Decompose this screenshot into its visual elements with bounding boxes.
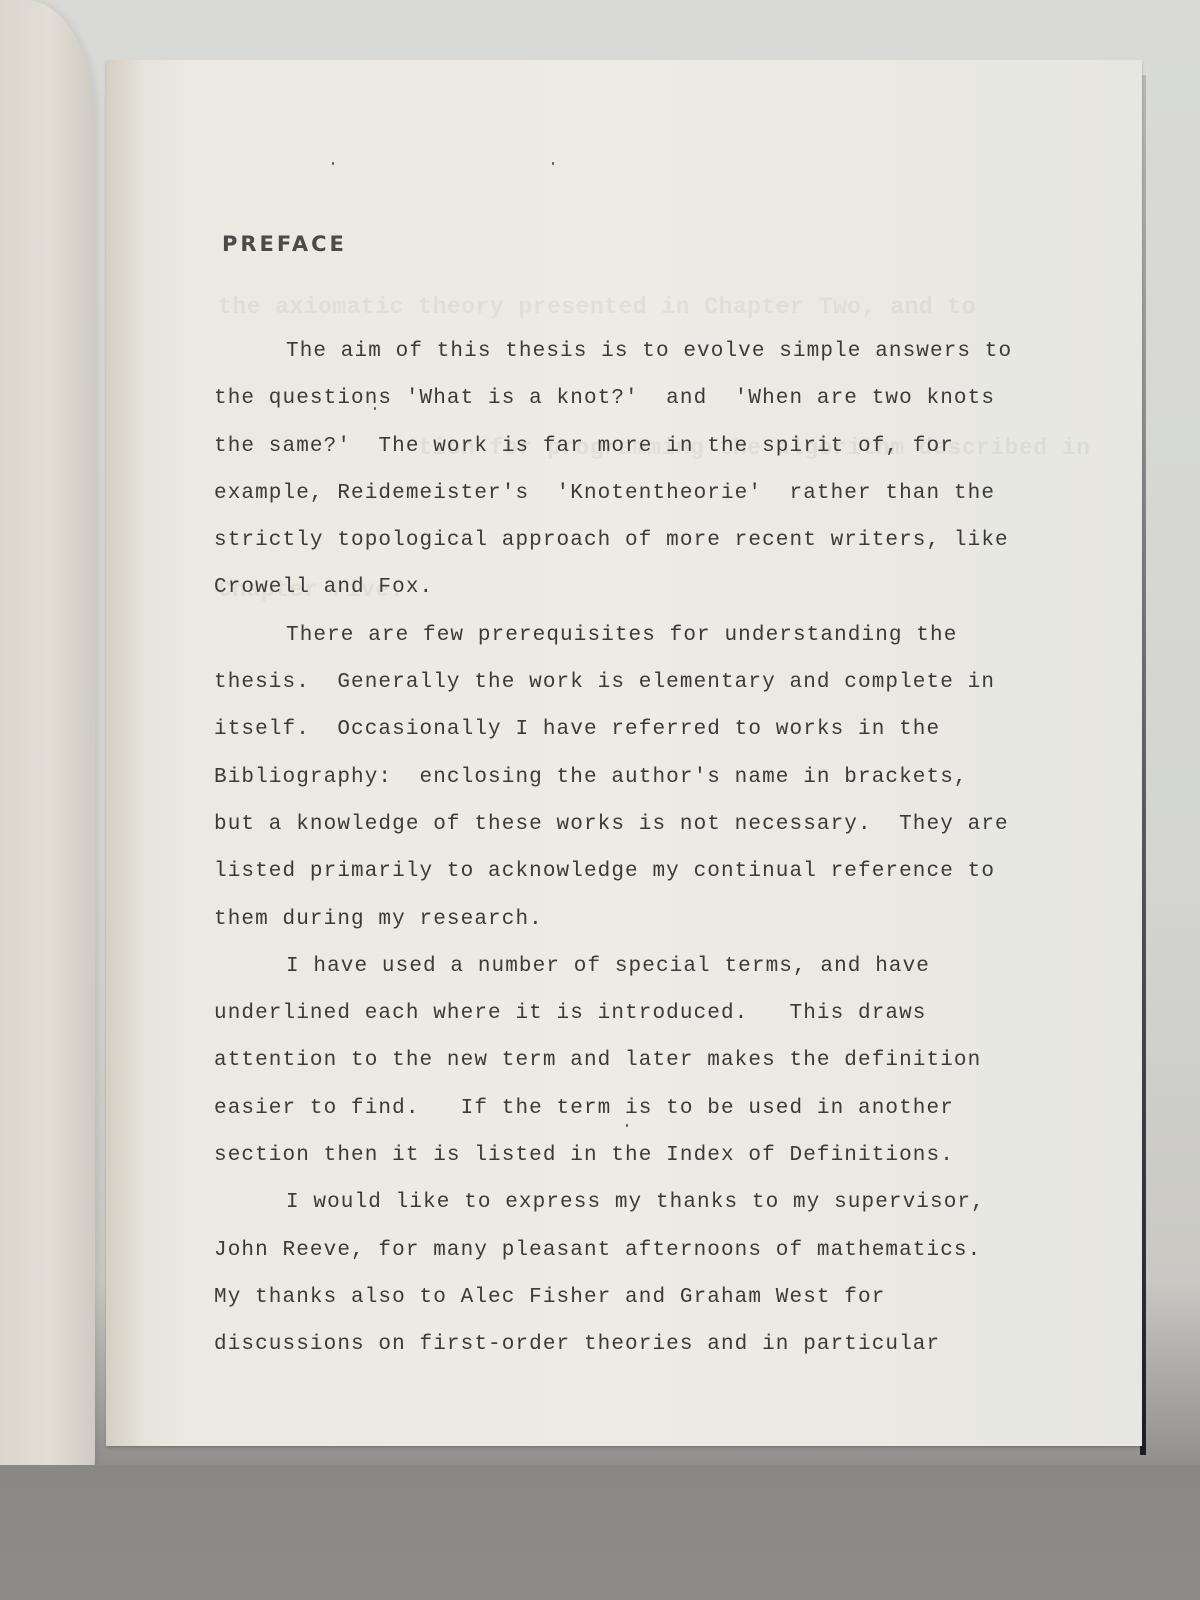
ink-speck <box>626 1124 628 1127</box>
ink-speck <box>374 407 376 410</box>
ink-speck <box>552 162 554 165</box>
paragraph-line: itself. Occasionally I have referred to … <box>214 706 1114 753</box>
ink-speck <box>332 162 334 165</box>
paragraph-first-line: There are few prerequisites for understa… <box>214 612 1114 659</box>
paragraph-line: strictly topological approach of more re… <box>214 517 1114 564</box>
paragraph-first-line: I have used a number of special terms, a… <box>214 943 1114 990</box>
paragraph-line: the questions 'What is a knot?' and 'Whe… <box>214 375 1114 422</box>
paragraph-line: listed primarily to acknowledge my conti… <box>214 848 1114 895</box>
paragraph-line: thesis. Generally the work is elementary… <box>214 659 1114 706</box>
paragraph-first-line: The aim of this thesis is to evolve simp… <box>214 328 1114 375</box>
paragraph-line: discussions on first-order theories and … <box>214 1321 1114 1368</box>
paragraph-line: section then it is listed in the Index o… <box>214 1132 1114 1179</box>
paragraph-line: Crowell and Fox. <box>214 564 1114 611</box>
thesis-page: the axiomatic theory presented in Chapte… <box>106 60 1142 1446</box>
show-through-line: the axiomatic theory presented in Chapte… <box>218 284 1138 331</box>
paragraph-line: My thanks also to Alec Fisher and Graham… <box>214 1274 1114 1321</box>
paragraph-line: underlined each where it is introduced. … <box>214 990 1114 1037</box>
preface-body: The aim of this thesis is to evolve simp… <box>214 328 1114 1369</box>
facing-page-curl <box>0 0 95 1520</box>
paragraph-line: them during my research. <box>214 896 1114 943</box>
paragraph-line: example, Reidemeister's 'Knotentheorie' … <box>214 470 1114 517</box>
paragraph-line: the same?' The work is far more in the s… <box>214 423 1114 470</box>
paragraph-line: John Reeve, for many pleasant afternoons… <box>214 1227 1114 1274</box>
paragraph-line: attention to the new term and later make… <box>214 1037 1114 1084</box>
table-surface <box>0 1465 1200 1600</box>
paragraph-first-line: I would like to express my thanks to my … <box>214 1179 1114 1226</box>
paragraph-line: easier to find. If the term is to be use… <box>214 1085 1114 1132</box>
paragraph-line: but a knowledge of these works is not ne… <box>214 801 1114 848</box>
paragraph-line: Bibliography: enclosing the author's nam… <box>214 754 1114 801</box>
page-title: PREFACE <box>222 232 347 256</box>
